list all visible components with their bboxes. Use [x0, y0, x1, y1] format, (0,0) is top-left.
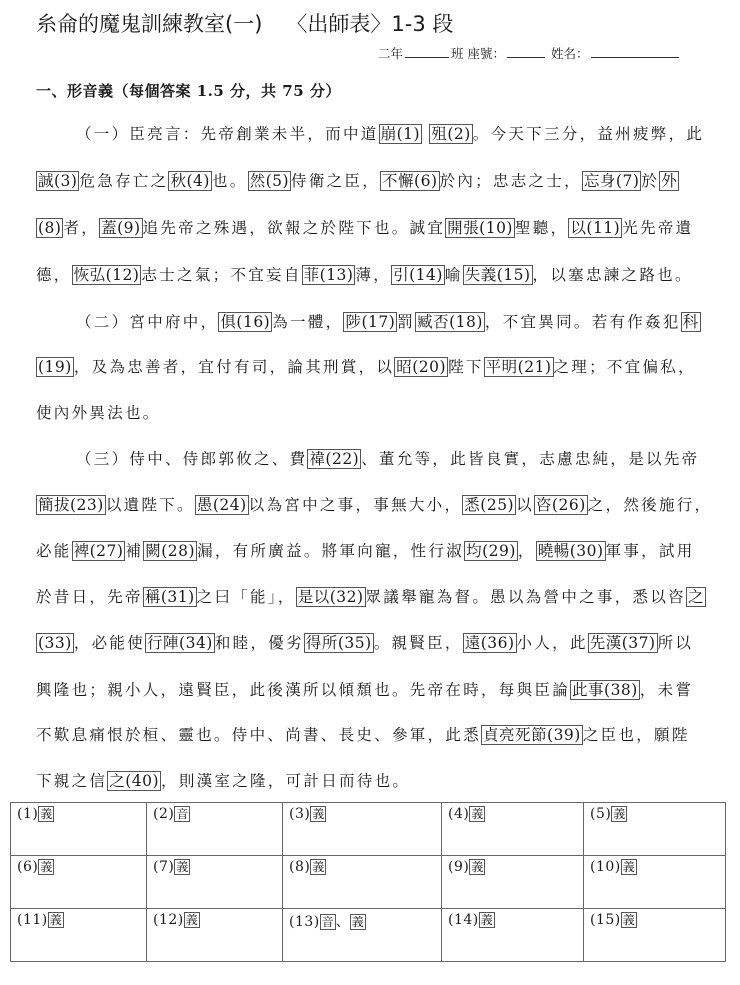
passage-text: 。今天下三分，益州疲弊，此	[473, 125, 704, 143]
question-number: (15)	[590, 912, 621, 928]
passage-text: 於	[641, 172, 659, 190]
answer-cell[interactable]: (4)義	[442, 803, 584, 856]
passage-line: 不歎息痛恨於桓、靈也。侍中、尚書、長史、參軍，此悉貞亮死節(39)之臣也，願陛	[36, 722, 690, 748]
passage-text: 下親之信	[36, 772, 107, 790]
passage-line: 必能裨(27)補闕(28)漏，有所廣益。將軍向寵，性行淑均(29)，曉暢(30)…	[36, 538, 695, 564]
passage-text: 小人，此	[517, 634, 588, 652]
meaning-tag: 義	[479, 912, 495, 928]
seat-number-blank[interactable]	[507, 45, 545, 58]
quiz-term: 誠(3)	[36, 171, 79, 191]
answer-cell[interactable]: (9)義	[442, 856, 584, 909]
question-number: (7)	[153, 859, 174, 875]
passage-line: 簡拔(23)以遺陛下。愚(24)以為宮中之事，事無大小，悉(25)以咨(26)之…	[36, 492, 712, 518]
answer-cell[interactable]: (10)義	[584, 856, 726, 909]
quiz-term: 臧否(18)	[415, 312, 485, 332]
quiz-term: 禕(22)	[307, 449, 361, 469]
answer-cell[interactable]: (15)義	[584, 909, 726, 962]
passage-line: （三）侍中、侍郎郭攸之、費禕(22)、董允等，此皆良實，志慮忠純，是以先帝	[76, 446, 699, 472]
quiz-term: 失義(15)	[463, 265, 533, 285]
meaning-tag: 義	[611, 806, 627, 822]
quiz-term: 外	[659, 171, 679, 191]
meaning-tag: 義	[38, 806, 54, 822]
answer-cell[interactable]: (11)義	[11, 909, 147, 962]
question-number: (1)	[17, 806, 38, 822]
passage-text: 危急存亡之	[79, 172, 168, 190]
passage-text: 使內外異法也。	[36, 404, 161, 422]
passage-text: 於昔日，先帝	[36, 588, 143, 606]
passage-line: 於昔日，先帝稱(31)之曰「能」，是以(32)眾議舉寵為督。愚以為營中之事，悉以…	[36, 584, 706, 610]
meaning-tag: 義	[469, 806, 485, 822]
passage-line: (8)者，蓋(9)追先帝之殊遇，欲報之於陛下也。誠宜開張(10)聖聽，以(11)…	[36, 215, 693, 241]
quiz-term: 之(40)	[107, 771, 161, 791]
passage-text: 必能	[36, 542, 72, 560]
quiz-term: 曉暢(30)	[536, 541, 606, 561]
quiz-term: 遠(36)	[463, 633, 517, 653]
passage-text: ，以塞忠諫之路也。	[533, 266, 693, 284]
passage-text: 之，然後施行，	[588, 496, 713, 514]
quiz-term: 殂(2)	[429, 124, 472, 144]
answer-cell[interactable]: (13)音、義	[283, 909, 442, 962]
passage-text: （一）臣亮言：先帝創業未半，而中道	[76, 125, 379, 143]
question-number: (10)	[590, 859, 621, 875]
passage-text: 、董允等，此皆良實，志慮忠純，是以先帝	[361, 450, 699, 468]
passage-text: 。親賢臣，	[374, 634, 463, 652]
answer-cell[interactable]: (5)義	[584, 803, 726, 856]
quiz-term: 得所(35)	[304, 633, 374, 653]
meaning-tag: 義	[469, 859, 485, 875]
passage-text: ，必能使	[74, 634, 145, 652]
passage-line: （一）臣亮言：先帝創業未半，而中道崩(1) 殂(2)。今天下三分，益州疲弊，此	[76, 121, 704, 147]
class-label: 班	[451, 46, 464, 61]
answer-table: (1)義(2)音(3)義(4)義(5)義(6)義(7)義(8)義(9)義(10)…	[10, 802, 726, 962]
passage-text: 光先帝遺	[622, 219, 693, 237]
passage-line: (19)，及為忠善者，宜付有司，論其刑賞，以昭(20)陛下平明(21)之理；不宜…	[36, 354, 696, 380]
quiz-term: 開張(10)	[445, 218, 515, 238]
passage-line: (33)，必能使行陣(34)和睦，優劣得所(35)。親賢臣，遠(36)小人，此先…	[36, 630, 693, 656]
answer-cell[interactable]: (8)義	[283, 856, 442, 909]
worksheet-title: 糸侖的魔鬼訓練教室(一)〈出師表〉1-3 段	[36, 8, 453, 38]
quiz-term: 之	[686, 587, 706, 607]
quiz-term: 稱(31)	[143, 587, 197, 607]
tag-separator: 、	[336, 914, 350, 930]
answer-cell[interactable]: (6)義	[11, 856, 147, 909]
passage-text: 眾議舉寵為督。愚以為營中之事，悉以咨	[366, 588, 686, 606]
class-blank[interactable]	[405, 45, 449, 58]
quiz-term: 不懈(6)	[380, 171, 439, 191]
quiz-term: 貞亮死節(39)	[481, 725, 583, 745]
meaning-tag: 義	[38, 859, 54, 875]
meaning-tag: 義	[174, 859, 190, 875]
quiz-term: 是以(32)	[296, 587, 366, 607]
quiz-term: 崩(1)	[379, 124, 422, 144]
passage-text: 為一體，	[272, 313, 343, 331]
grade-label: 二年	[378, 46, 403, 61]
question-number: (8)	[289, 859, 310, 875]
passage-text: ，及為忠善者，宜付有司，論其刑賞，以	[74, 358, 394, 376]
passage-text: 德，	[36, 266, 72, 284]
answer-cell[interactable]: (2)音	[147, 803, 283, 856]
passage-text: （二）宮中府中，	[76, 313, 218, 331]
meaning-tag: 義	[621, 859, 637, 875]
quiz-term: 平明(21)	[484, 357, 554, 377]
passage-text: （三）侍中、侍郎郭攸之、費	[76, 450, 307, 468]
seat-label: 座號：	[468, 46, 506, 61]
passage-line: （二）宮中府中，俱(16)為一體，陟(17)罰臧否(18)，不宜異同。若有作姦犯…	[76, 309, 701, 335]
answer-cell[interactable]: (14)義	[442, 909, 584, 962]
pronunciation-tag: 音	[174, 806, 190, 822]
title-series: 糸侖的魔鬼訓練教室(一)	[36, 12, 262, 36]
passage-text: 志士之氣；不宜妄自	[141, 266, 301, 284]
passage-text: 追先帝之殊遇，欲報之於陛下也。誠宜	[143, 219, 446, 237]
title-lesson: 〈出師表〉1-3 段	[286, 12, 453, 36]
pronunciation-tag: 音	[320, 914, 336, 930]
passage-text: 以為宮中之事，事無大小，	[249, 496, 463, 514]
answer-cell[interactable]: (3)義	[283, 803, 442, 856]
passage-line: 使內外異法也。	[36, 400, 161, 426]
quiz-term: 行陣(34)	[145, 633, 215, 653]
question-number: (11)	[17, 912, 48, 928]
quiz-term: 簡拔(23)	[36, 495, 106, 515]
question-number: (4)	[448, 806, 469, 822]
quiz-term: 此事(38)	[570, 680, 640, 700]
quiz-term: 秋(4)	[168, 171, 211, 191]
quiz-term: (8)	[36, 218, 63, 238]
quiz-term: 均(29)	[464, 541, 518, 561]
passage-text: 之理；不宜偏私，	[554, 358, 696, 376]
answer-cell[interactable]: (1)義	[11, 803, 147, 856]
question-number: (3)	[289, 806, 310, 822]
passage-text: 漏，有所廣益。將軍向寵，性行淑	[197, 542, 464, 560]
quiz-term: 闕(28)	[143, 541, 197, 561]
meaning-tag: 義	[621, 912, 637, 928]
quiz-term: 陟(17)	[343, 312, 397, 332]
quiz-term: 俱(16)	[218, 312, 272, 332]
passage-text: 喻	[445, 266, 463, 284]
quiz-term: 裨(27)	[72, 541, 126, 561]
passage-text: 者，	[63, 219, 99, 237]
passage-text: ，未嘗	[640, 681, 693, 699]
quiz-term: 悉(25)	[462, 495, 516, 515]
quiz-term: 蓋(9)	[99, 218, 142, 238]
passage-text: 之臣也，願陛	[583, 726, 690, 744]
passage-text: 所以	[658, 634, 694, 652]
passage-text: 以	[516, 496, 534, 514]
meaning-tag: 義	[48, 912, 64, 928]
quiz-term: (33)	[36, 633, 74, 653]
passage-text: 不歎息痛恨於桓、靈也。侍中、尚書、長史、參軍，此悉	[36, 726, 481, 744]
passage-text: 侍衛之臣，	[291, 172, 380, 190]
quiz-term: 科	[681, 312, 701, 332]
name-label: 姓名：	[551, 46, 589, 61]
quiz-term: 引(14)	[391, 265, 445, 285]
meaning-tag: 義	[350, 914, 366, 930]
section-heading: 一、形音義（每個答案 1.5 分，共 75 分）	[36, 80, 341, 101]
passage-line: 下親之信之(40)，則漢室之隆，可計日而待也。	[36, 768, 410, 794]
question-number: (2)	[153, 806, 174, 822]
question-number: (5)	[590, 806, 611, 822]
passage-text: 之曰「能」，	[197, 588, 296, 606]
quiz-term: 咨(26)	[534, 495, 588, 515]
passage-text: 和睦，優劣	[215, 634, 304, 652]
meaning-tag: 義	[310, 859, 326, 875]
question-number: (9)	[448, 859, 469, 875]
name-blank[interactable]	[591, 45, 679, 58]
meaning-tag: 義	[310, 806, 326, 822]
quiz-term: (19)	[36, 357, 74, 377]
passage-text: 也。	[212, 172, 248, 190]
passage-text: ，不宜異同。若有作姦犯	[485, 313, 681, 331]
question-number: (6)	[17, 859, 38, 875]
answer-row: (11)義(12)義(13)音、義(14)義(15)義	[11, 909, 726, 962]
meaning-tag: 義	[184, 912, 200, 928]
answer-row: (6)義(7)義(8)義(9)義(10)義	[11, 856, 726, 909]
quiz-term: 愚(24)	[195, 495, 249, 515]
passage-line: 誠(3)危急存亡之秋(4)也。然(5)侍衛之臣，不懈(6)於內；忠志之士，忘身(…	[36, 168, 679, 194]
passage-text: 薄，	[355, 266, 391, 284]
passage-text: 於內；忠志之士，	[440, 172, 582, 190]
passage-text: 陛下	[448, 358, 484, 376]
answer-row: (1)義(2)音(3)義(4)義(5)義	[11, 803, 726, 856]
passage-text: ，則漢室之隆，可計日而待也。	[161, 772, 410, 790]
question-number: (14)	[448, 912, 479, 928]
quiz-term: 菲(13)	[302, 265, 356, 285]
quiz-term: 昭(20)	[394, 357, 448, 377]
passage-text: 軍事，試用	[606, 542, 695, 560]
quiz-term: 恢弘(12)	[72, 265, 142, 285]
passage-line: 德，恢弘(12)志士之氣；不宜妄自菲(13)薄，引(14)喻失義(15)，以塞忠…	[36, 262, 693, 288]
quiz-term: 然(5)	[248, 171, 291, 191]
student-info: 二年班 座號： 姓名：	[378, 44, 681, 62]
question-number: (12)	[153, 912, 184, 928]
passage-line: 興隆也；親小人，遠賢臣，此後漢所以傾頹也。先帝在時，每與臣論此事(38)，未嘗	[36, 677, 693, 703]
quiz-term: 以(11)	[568, 218, 622, 238]
question-number: (13)	[289, 914, 320, 930]
passage-text: 興隆也；親小人，遠賢臣，此後漢所以傾頹也。先帝在時，每與臣論	[36, 681, 570, 699]
passage-text: ，	[518, 542, 536, 560]
answer-cell[interactable]: (12)義	[147, 909, 283, 962]
answer-cell[interactable]: (7)義	[147, 856, 283, 909]
quiz-term: 忘身(7)	[582, 171, 641, 191]
passage-text: 補	[125, 542, 143, 560]
passage-text: 聖聽，	[515, 219, 568, 237]
quiz-term: 先漢(37)	[588, 633, 658, 653]
passage-text: 以遺陛下。	[106, 496, 195, 514]
passage-text: 罰	[397, 313, 415, 331]
